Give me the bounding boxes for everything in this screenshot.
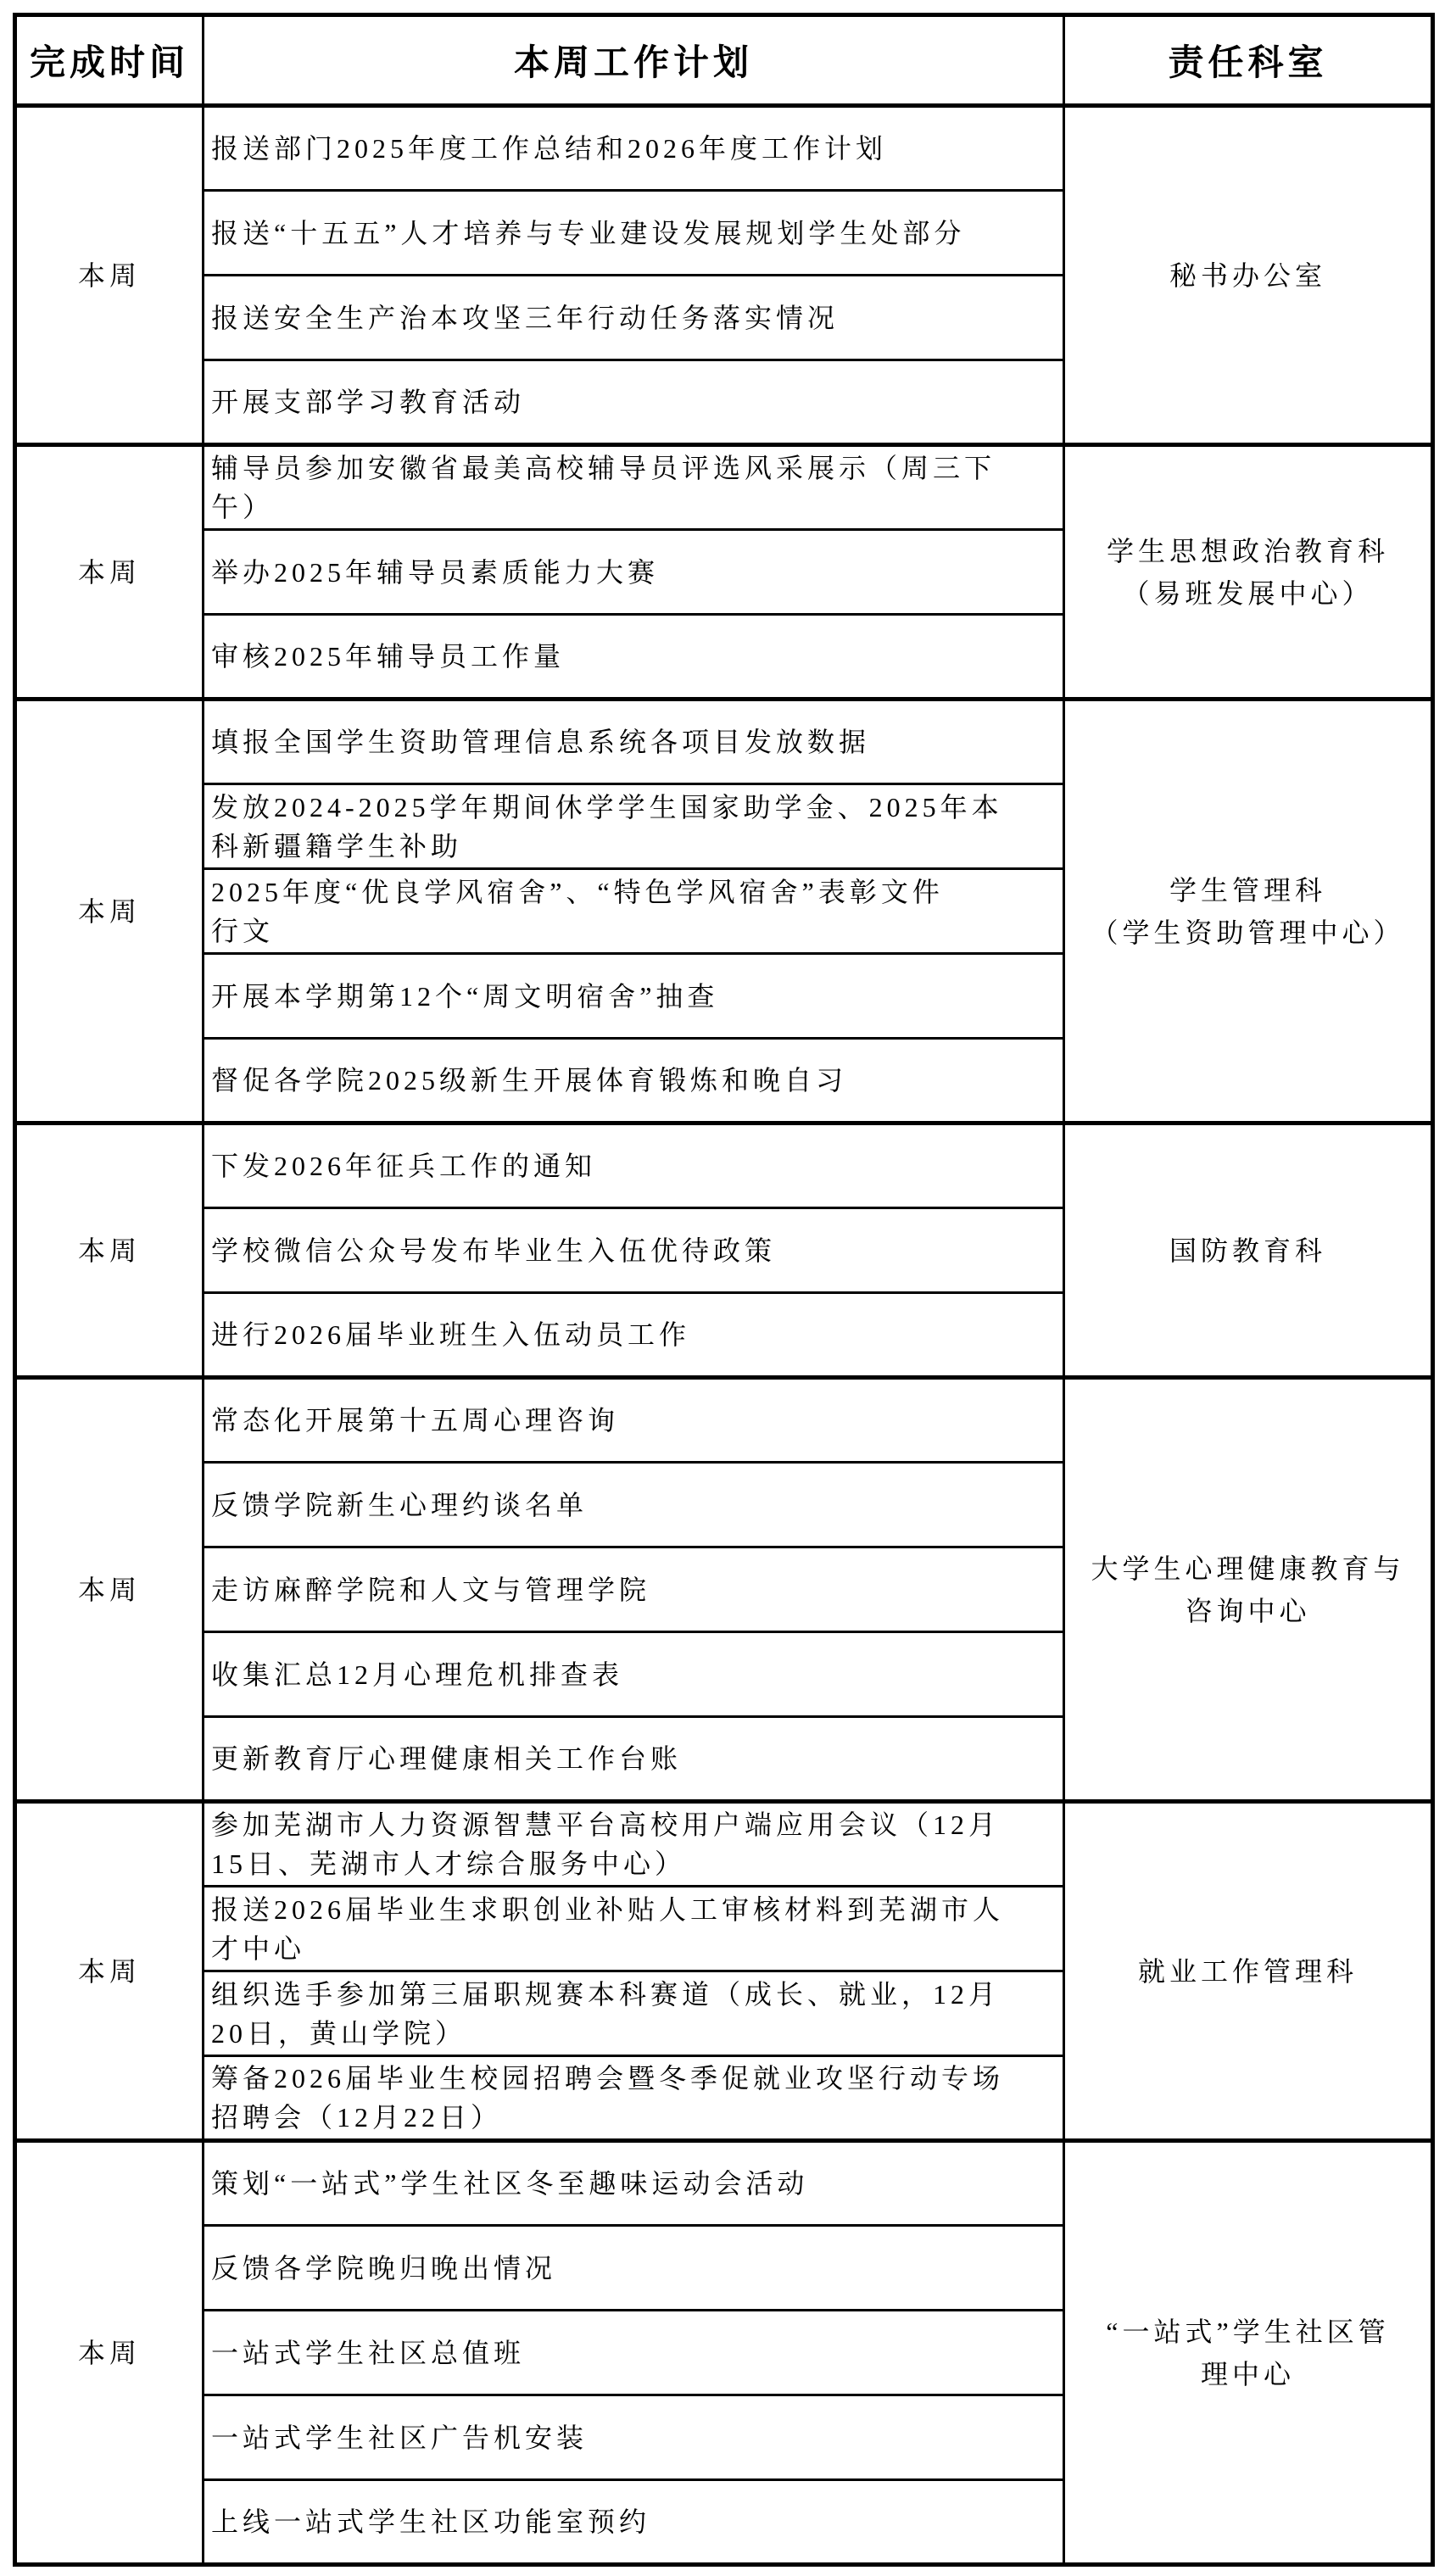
task-cell: 报送部门2025年度工作总结和2026年度工作计划 [204,106,1064,191]
table-row: 本周常态化开展第十五周心理咨询大学生心理健康教育与 咨询中心 [15,1378,1433,1463]
department-cell: 大学生心理健康教育与 咨询中心 [1064,1378,1433,1802]
task-cell: 学校微信公众号发布毕业生入伍优待政策 [204,1208,1064,1293]
task-cell: 辅导员参加安徽省最美高校辅导员评选风采展示（周三下 午） [204,445,1064,530]
completion-time-cell: 本周 [15,1124,204,1378]
department-cell: 国防教育科 [1064,1124,1433,1378]
department-cell: 秘书办公室 [1064,106,1433,445]
task-cell: 常态化开展第十五周心理咨询 [204,1378,1064,1463]
department-cell: 学生思想政治教育科 （易班发展中心） [1064,445,1433,700]
completion-time-cell: 本周 [15,106,204,445]
department-cell: 学生管理科 （学生资助管理中心） [1064,700,1433,1124]
task-cell: 报送“十五五”人才培养与专业建设发展规划学生处部分 [204,191,1064,276]
table-row: 本周报送部门2025年度工作总结和2026年度工作计划秘书办公室 [15,106,1433,191]
header-row: 完成时间 本周工作计划 责任科室 [15,15,1433,106]
completion-time-cell: 本周 [15,1802,204,2141]
task-cell: 上线一站式学生社区功能室预约 [204,2480,1064,2565]
task-cell: 发放2024-2025学年期间休学学生国家助学金、2025年本 科新疆籍学生补助 [204,784,1064,869]
task-cell: 督促各学院2025级新生开展体育锻炼和晚自习 [204,1039,1064,1124]
task-cell: 反馈各学院晚归晚出情况 [204,2226,1064,2311]
table-row: 本周策划“一站式”学生社区冬至趣味运动会活动“一站式”学生社区管 理中心 [15,2141,1433,2226]
table-row: 本周参加芜湖市人力资源智慧平台高校用户端应用会议（12月 15日、芜湖市人才综合… [15,1802,1433,1887]
weekly-work-plan-page: 完成时间 本周工作计划 责任科室 本周报送部门2025年度工作总结和2026年度… [0,0,1445,2576]
completion-time-cell: 本周 [15,445,204,700]
completion-time-cell: 本周 [15,1378,204,1802]
task-cell: 一站式学生社区总值班 [204,2311,1064,2395]
completion-time-cell: 本周 [15,2141,204,2565]
header-completion-time: 完成时间 [15,15,204,106]
task-cell: 参加芜湖市人力资源智慧平台高校用户端应用会议（12月 15日、芜湖市人才综合服务… [204,1802,1064,1887]
task-cell: 开展本学期第12个“周文明宿舍”抽查 [204,954,1064,1039]
task-cell: 进行2026届毕业班生入伍动员工作 [204,1293,1064,1378]
task-cell: 2025年度“优良学风宿舍”、“特色学风宿舍”表彰文件 行文 [204,869,1064,954]
header-week-plan: 本周工作计划 [204,15,1064,106]
task-cell: 收集汇总12月心理危机排查表 [204,1632,1064,1717]
task-cell: 筹备2026届毕业生校园招聘会暨冬季促就业攻坚行动专场 招聘会（12月22日） [204,2056,1064,2141]
table-row: 本周辅导员参加安徽省最美高校辅导员评选风采展示（周三下 午）学生思想政治教育科 … [15,445,1433,530]
task-cell: 走访麻醉学院和人文与管理学院 [204,1547,1064,1632]
task-cell: 审核2025年辅导员工作量 [204,615,1064,700]
task-cell: 一站式学生社区广告机安装 [204,2395,1064,2480]
weekly-work-plan-table: 完成时间 本周工作计划 责任科室 本周报送部门2025年度工作总结和2026年度… [13,13,1435,2567]
task-cell: 组织选手参加第三届职规赛本科赛道（成长、就业，12月 20日，黄山学院） [204,1971,1064,2056]
task-cell: 开展支部学习教育活动 [204,360,1064,445]
header-department: 责任科室 [1064,15,1433,106]
completion-time-cell: 本周 [15,700,204,1124]
task-cell: 报送安全生产治本攻坚三年行动任务落实情况 [204,276,1064,360]
task-cell: 策划“一站式”学生社区冬至趣味运动会活动 [204,2141,1064,2226]
task-cell: 更新教育厅心理健康相关工作台账 [204,1717,1064,1802]
task-cell: 下发2026年征兵工作的通知 [204,1124,1064,1208]
task-cell: 填报全国学生资助管理信息系统各项目发放数据 [204,700,1064,784]
work-plan-table-body: 本周报送部门2025年度工作总结和2026年度工作计划秘书办公室报送“十五五”人… [15,106,1433,2565]
task-cell: 反馈学院新生心理约谈名单 [204,1463,1064,1547]
department-cell: 就业工作管理科 [1064,1802,1433,2141]
department-cell: “一站式”学生社区管 理中心 [1064,2141,1433,2565]
task-cell: 报送2026届毕业生求职创业补贴人工审核材料到芜湖市人 才中心 [204,1887,1064,1971]
table-row: 本周填报全国学生资助管理信息系统各项目发放数据学生管理科 （学生资助管理中心） [15,700,1433,784]
task-cell: 举办2025年辅导员素质能力大赛 [204,530,1064,615]
table-row: 本周下发2026年征兵工作的通知国防教育科 [15,1124,1433,1208]
